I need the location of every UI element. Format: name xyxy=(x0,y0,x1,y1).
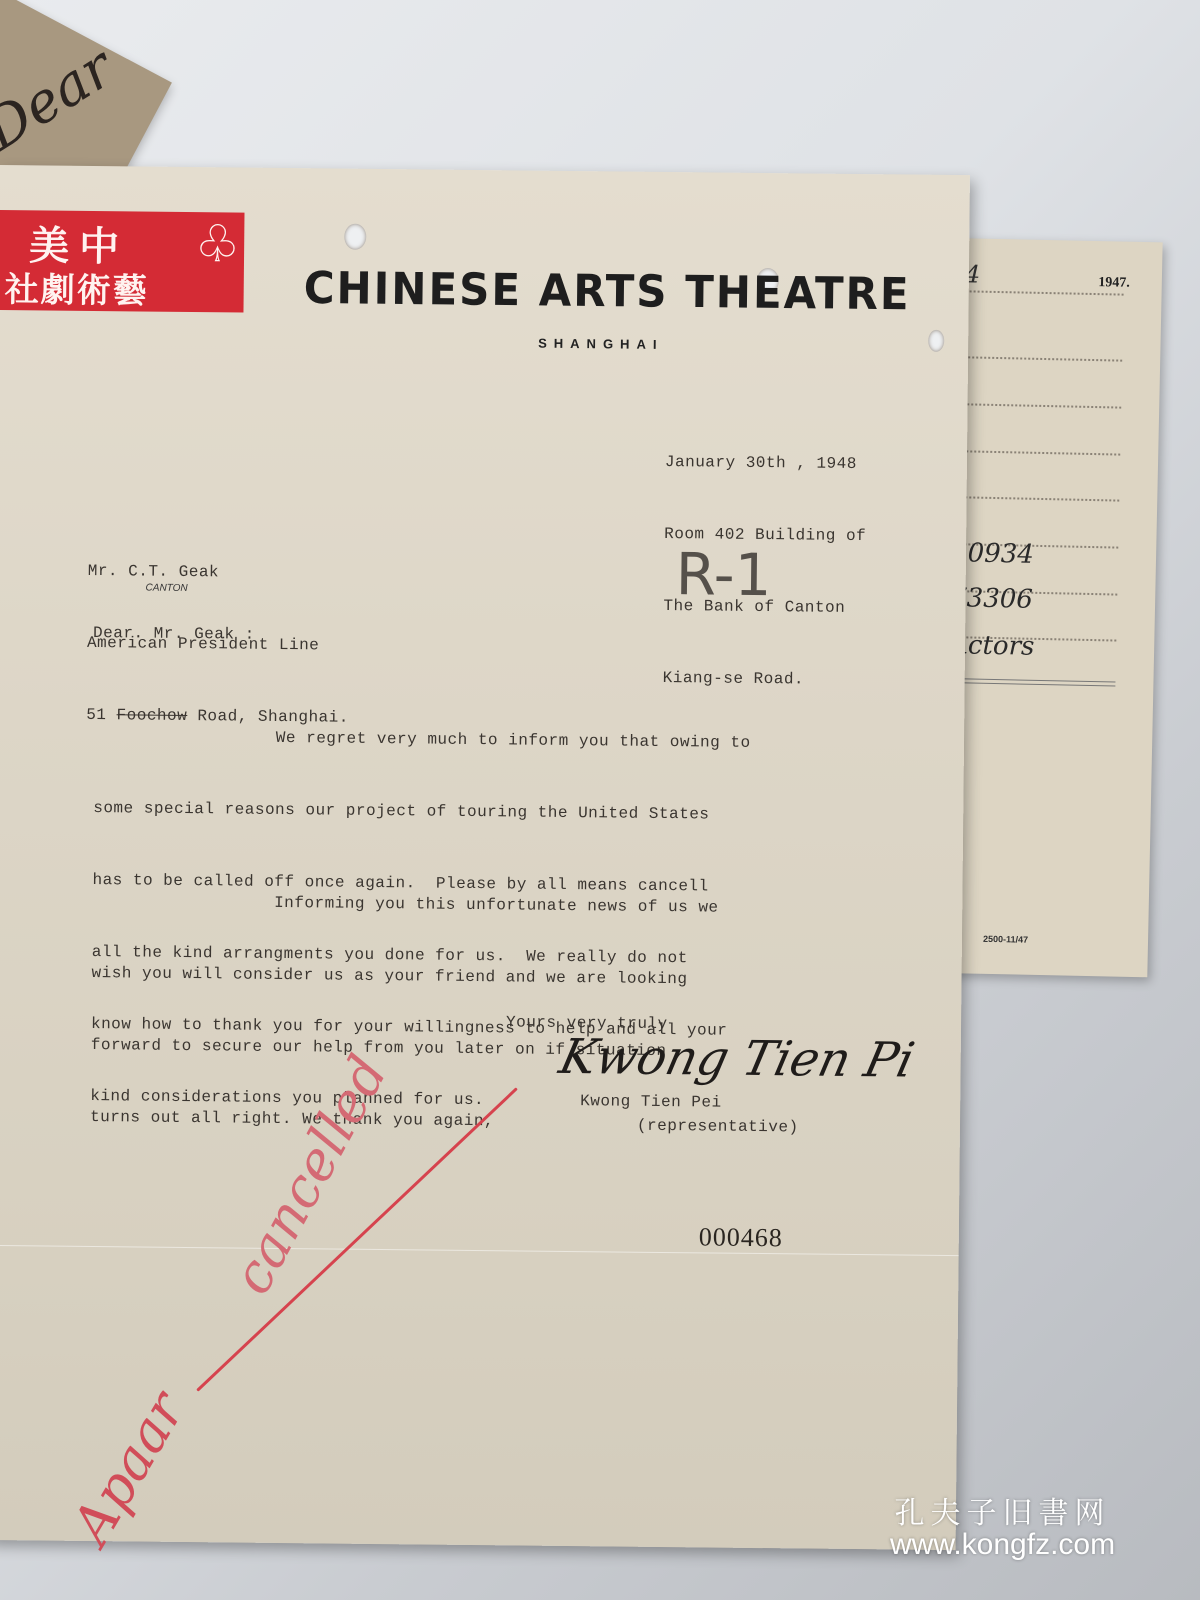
serial-number: 000468 xyxy=(699,1222,783,1253)
handwritten-correction: CANTON xyxy=(146,583,188,594)
note-handwriting: Dear xyxy=(0,35,125,163)
form-dotted-line xyxy=(964,403,1121,408)
watermark-url: www.kongfz.com xyxy=(890,1528,1115,1562)
form-dotted-line xyxy=(963,450,1120,455)
recipient-name: Mr. C.T. Geak xyxy=(88,559,351,586)
paper-fold xyxy=(0,1245,959,1256)
watermark: 孔夫子旧書网 www.kongfz.com xyxy=(890,1488,1115,1562)
form-dotted-line xyxy=(965,356,1122,361)
form-code: 2500-11/47 xyxy=(983,934,1028,945)
signer-role: (representative) xyxy=(637,1114,799,1140)
punch-hole xyxy=(344,224,366,250)
body-line: Informing you this unfortunate news of u… xyxy=(92,889,719,920)
salutation: Dear. Mr. Geak : xyxy=(93,621,255,647)
form-dotted-line xyxy=(962,496,1119,501)
signer-name: Kwong Tien Pei xyxy=(580,1089,722,1114)
letterhead-title: CHINESE ARTS THEATRE xyxy=(303,262,910,320)
watermark-chinese: 孔夫子旧書网 xyxy=(890,1488,1115,1532)
red-seal-logo: 美中 社劇術藝 ♧ xyxy=(0,210,245,313)
body-line: We regret very much to inform you that o… xyxy=(94,724,751,755)
form-double-rule xyxy=(948,678,1115,686)
letterhead-city: SHANGHAI xyxy=(538,336,663,352)
letter-date: January 30th , 1948 xyxy=(665,450,867,476)
body-line: some special reasons our project of tour… xyxy=(93,796,750,827)
handwritten-signature: Kwong Tien Pi xyxy=(554,1029,919,1089)
letter-sheet: 美中 社劇術藝 ♧ CHINESE ARTS THEATRE SHANGHAI … xyxy=(0,165,970,1550)
body-line: wish you will consider us as your friend… xyxy=(91,961,718,992)
red-annotation-initials: Apaar xyxy=(59,1381,197,1554)
crane-icon: ♧ xyxy=(198,218,236,280)
seal-text-bottom: 社劇術藝 xyxy=(4,262,149,313)
form-year: 1947. xyxy=(1098,275,1130,292)
pencil-annotation: R-1 xyxy=(675,540,771,609)
punch-hole xyxy=(928,330,944,352)
